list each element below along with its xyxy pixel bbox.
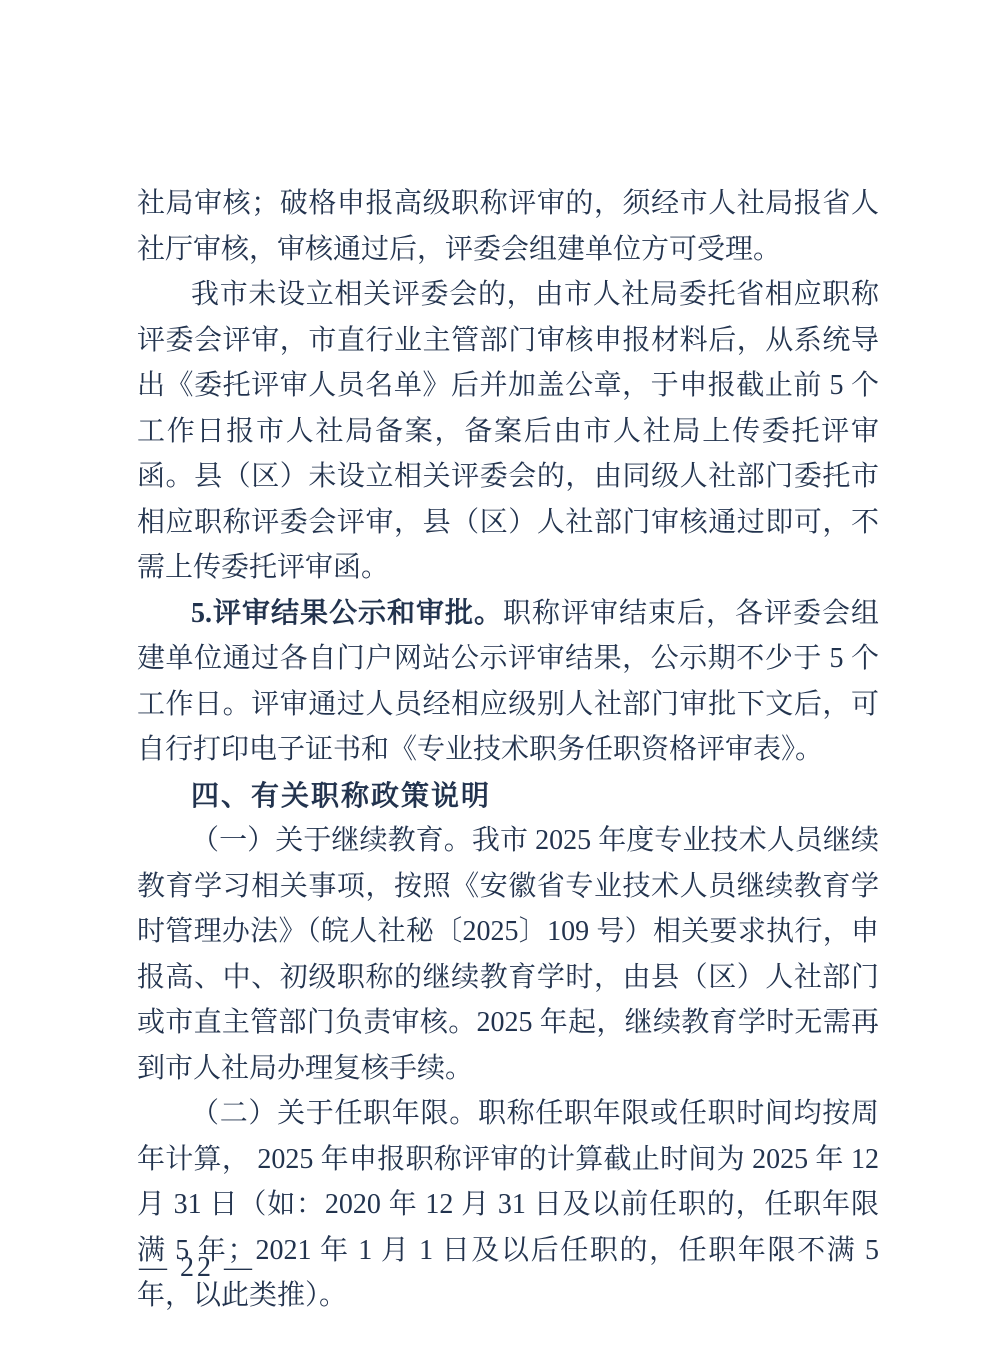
section-heading-policy-notes: 四、有关职称政策说明 <box>137 773 879 819</box>
paragraph-entrusted-review: 我市未设立相关评委会的，由市人社局委托省相应职称评委会评审，市直行业主管部门审核… <box>137 272 879 591</box>
paragraph-body-text: 我市 2025 年度专业技术人员继续教育学习相关事项，按照《安徽省专业技术人员继… <box>137 825 879 1084</box>
document-page: 社局审核；破格申报高级职称评审的，须经市人社局报省人社厅审核，审核通过后，评委会… <box>0 0 1000 1370</box>
paragraph-tenure-years: （二）关于任职年限。职称任职年限或任职时间均按周年计算， 2025 年申报职称评… <box>137 1091 879 1319</box>
page-body: 社局审核；破格申报高级职称评审的，须经市人社局报省人社厅审核，审核通过后，评委会… <box>137 181 879 1319</box>
paragraph-lead-bold: 5.评审结果公示和审批。 <box>191 598 503 629</box>
paragraph-continuing-education: （一）关于继续教育。我市 2025 年度专业技术人员继续教育学习相关事项，按照《… <box>137 818 879 1091</box>
page-number: — 22 — <box>139 1252 255 1284</box>
paragraph-lead-item-one: （一）关于继续教育。 <box>191 825 472 856</box>
paragraph-lead-item-two: （二）关于任职年限。 <box>191 1098 478 1129</box>
paragraph-approval-continuation: 社局审核；破格申报高级职称评审的，须经市人社局报省人社厅审核，审核通过后，评委会… <box>137 181 879 272</box>
paragraph-result-publicity: 5.评审结果公示和审批。职称评审结束后，各评委会组建单位通过各自门户网站公示评审… <box>137 591 879 773</box>
